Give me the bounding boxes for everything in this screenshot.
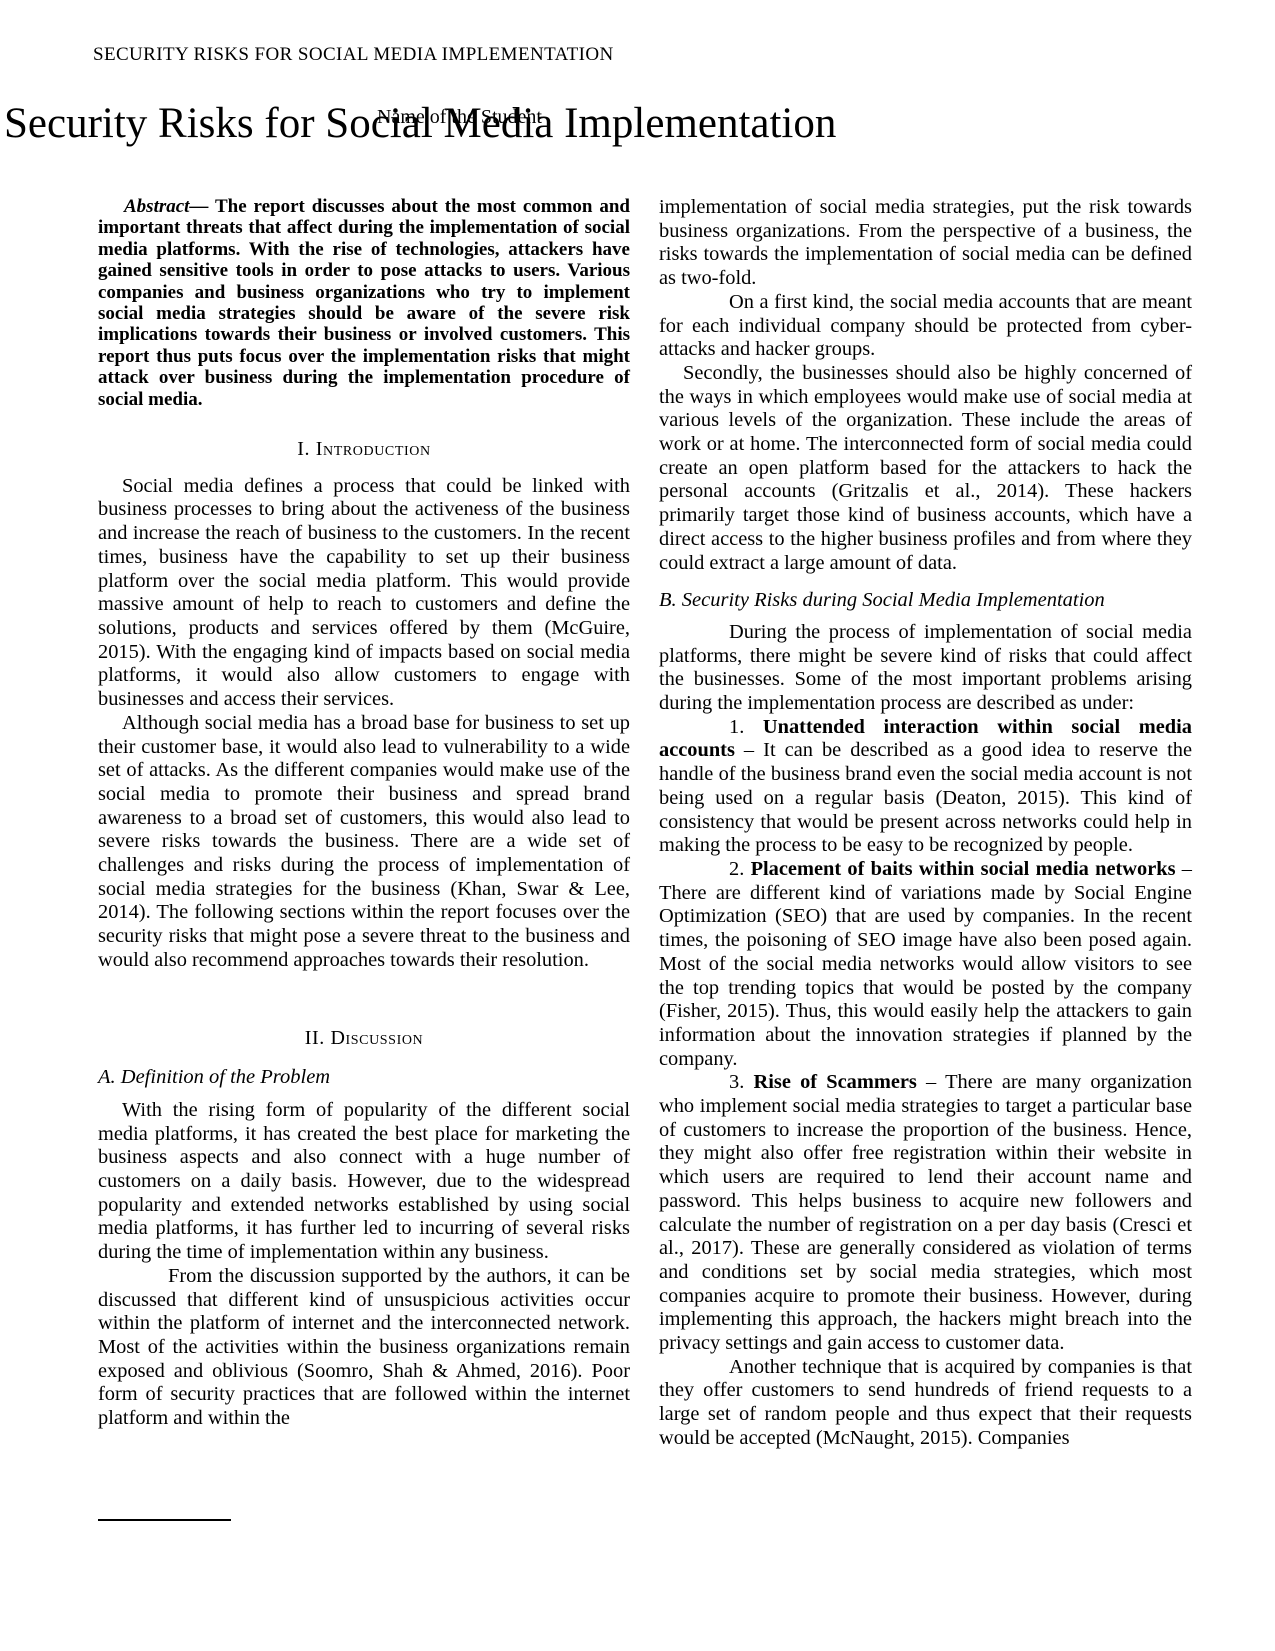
continuation-paragraph: implementation of social media strategie… [659,196,1192,291]
running-header: SECURITY RISKS FOR SOCIAL MEDIA IMPLEMEN… [93,44,614,66]
abstract-paragraph: Abstract— The report discusses about the… [98,196,630,410]
intro-paragraph-2: Although social media has a broad base f… [98,712,630,973]
left-column: Abstract— The report discusses about the… [98,196,630,1431]
footnote-rule [98,1519,231,1521]
item-3-body: – There are many organization who implem… [659,1071,1192,1354]
subsection-heading-a: A. Definition of the Problem [98,1066,630,1090]
abstract-text: The report discusses about the most comm… [98,196,630,410]
numbered-item-3: 3. Rise of Scammers – There are many org… [659,1071,1192,1355]
closing-paragraph: Another technique that is acquired by co… [659,1356,1192,1451]
item-1-body: – It can be described as a good idea to … [659,739,1192,856]
intro-paragraph-1: Social media defines a process that coul… [98,475,630,712]
item-2-body: – There are different kind of variations… [659,858,1192,1070]
item-2-number: 2. [729,858,744,880]
section-heading-discussion: II. Discussion [98,1027,630,1051]
secondly-paragraph: Secondly, the businesses should also be … [659,362,1192,575]
item-2-title: Placement of baits within social media n… [751,858,1176,880]
section-heading-introduction: I. Introduction [98,438,630,462]
abstract-label: Abstract— [124,196,208,217]
first-kind-paragraph: On a first kind, the social media accoun… [659,291,1192,362]
subsection-heading-b: B. Security Risks during Social Media Im… [659,589,1192,613]
discussion-paragraph-2: From the discussion supported by the aut… [98,1265,630,1431]
item-1-number: 1. [729,716,744,738]
risks-intro-paragraph: During the process of implementation of … [659,621,1192,716]
item-3-title: Rise of Scammers [754,1071,917,1093]
numbered-item-2: 2. Placement of baits within social medi… [659,858,1192,1071]
numbered-item-1: 1. Unattended interaction within social … [659,716,1192,858]
right-column: implementation of social media strategie… [659,196,1192,1451]
paper-title: Security Risks for Social Media Implemen… [4,100,836,147]
discussion-paragraph-1: With the rising form of popularity of th… [98,1099,630,1265]
item-3-number: 3. [729,1071,744,1093]
